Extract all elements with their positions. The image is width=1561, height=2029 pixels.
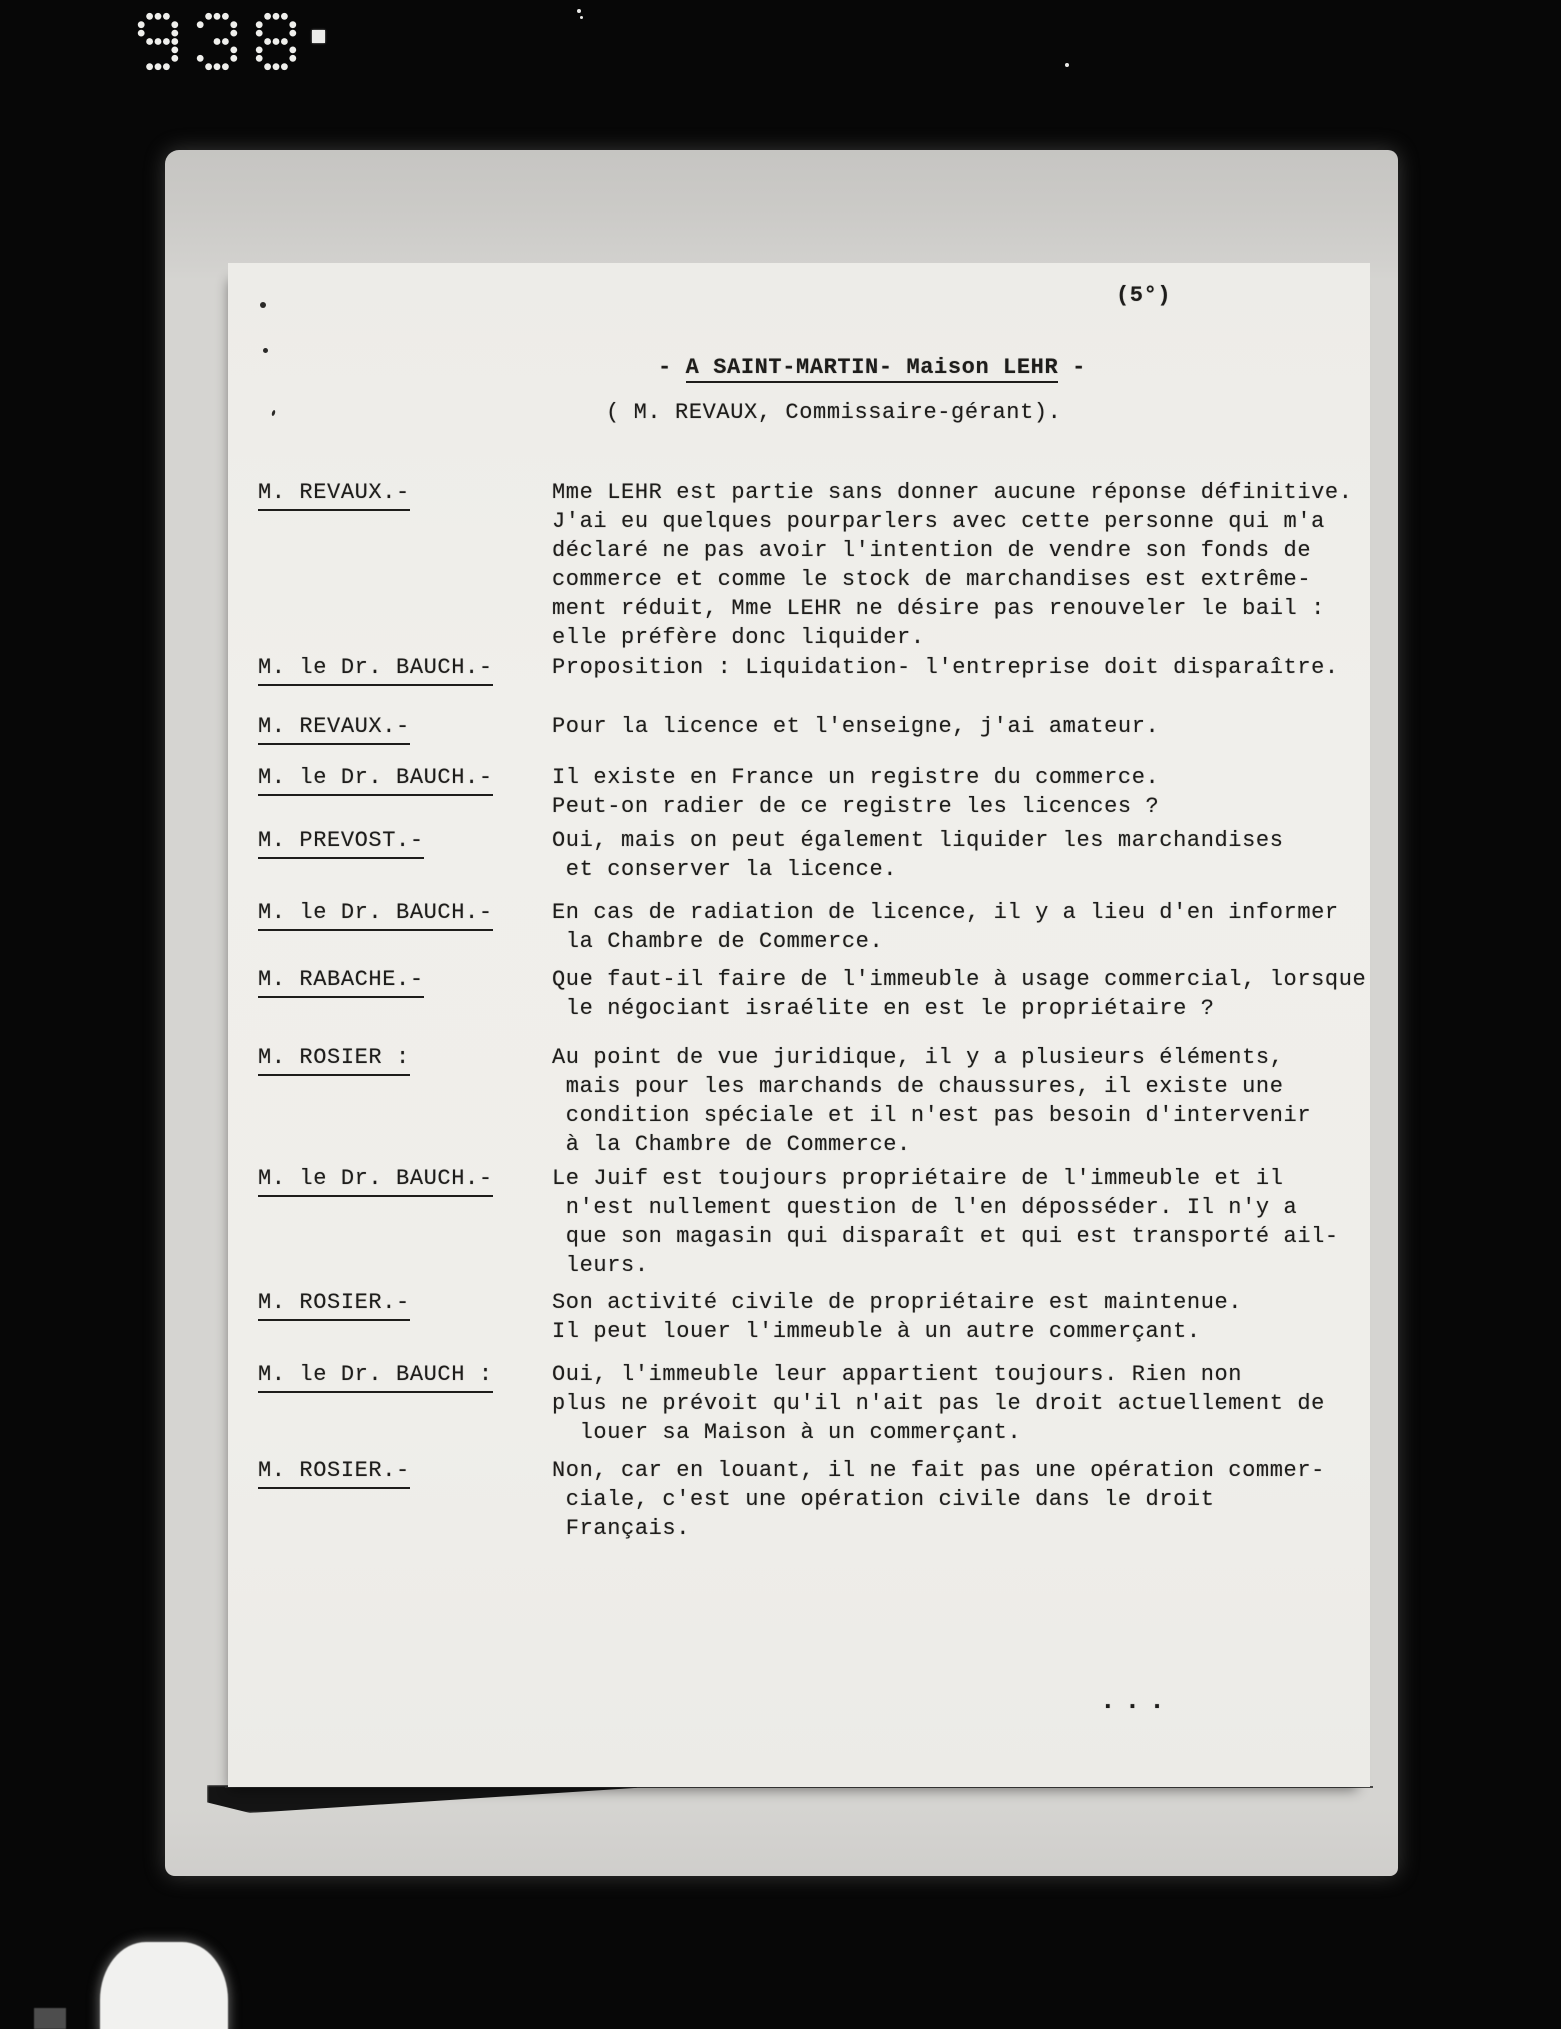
frame-counter-mark [312, 30, 325, 43]
speaker-label: M. PREVOST.- [258, 826, 424, 859]
page-shadow [207, 1785, 637, 1813]
microfilm-scan: (5°) - A SAINT-MARTIN- Maison LEHR - ( M… [0, 0, 1561, 2029]
frame-counter-digits [137, 12, 297, 76]
film-speck [580, 16, 583, 19]
speaker-label: M. ROSIER.- [258, 1456, 410, 1489]
speaker-label: M. ROSIER : [258, 1043, 410, 1076]
film-speck [577, 9, 581, 13]
end-ellipsis: ... [1100, 1687, 1174, 1716]
speaker-label: M. REVAUX.- [258, 712, 410, 745]
speaker-label: M. le Dr. BAUCH.- [258, 763, 493, 796]
ink-speck [263, 348, 268, 353]
scan-backing-sheet: (5°) - A SAINT-MARTIN- Maison LEHR - ( M… [165, 150, 1398, 1876]
speaker-label: M. ROSIER.- [258, 1288, 410, 1321]
scanner-artifact-blob [100, 1942, 228, 2029]
speech-text: Son activité civile de propriétaire est … [552, 1288, 1242, 1346]
document-page: (5°) - A SAINT-MARTIN- Maison LEHR - ( M… [228, 263, 1370, 1787]
speaker-label: M. le Dr. BAUCH.- [258, 898, 493, 931]
ink-speck [271, 410, 276, 417]
document-subtitle: ( M. REVAUX, Commissaire-gérant). [606, 398, 1061, 427]
speaker-label: M. le Dr. BAUCH.- [258, 1164, 493, 1197]
page-number: (5°) [1116, 281, 1171, 310]
speech-text: Oui, mais on peut également liquider les… [552, 826, 1284, 884]
film-speck [1065, 63, 1069, 67]
speech-text: Que faut-il faire de l'immeuble à usage … [552, 965, 1366, 1023]
speech-text: Oui, l'immeuble leur appartient toujours… [552, 1360, 1325, 1447]
title-prefix: - [658, 355, 686, 380]
document-title: - A SAINT-MARTIN- Maison LEHR - [658, 353, 1086, 382]
speech-text: Il existe en France un registre du comme… [552, 763, 1159, 821]
speaker-label: M. RABACHE.- [258, 965, 424, 998]
ink-speck [260, 302, 266, 308]
speech-text: Non, car en louant, il ne fait pas une o… [552, 1456, 1325, 1543]
speech-text: En cas de radiation de licence, il y a l… [552, 898, 1339, 956]
speech-text: Mme LEHR est partie sans donner aucune r… [552, 478, 1353, 652]
title-suffix: - [1058, 355, 1086, 380]
speaker-label: M. REVAUX.- [258, 478, 410, 511]
speaker-label: M. le Dr. BAUCH : [258, 1360, 493, 1393]
speech-text: Au point de vue juridique, il y a plusie… [552, 1043, 1311, 1159]
speech-text: Proposition : Liquidation- l'entreprise … [552, 653, 1339, 682]
speech-text: Le Juif est toujours propriétaire de l'i… [552, 1164, 1339, 1280]
speech-text: Pour la licence et l'enseigne, j'ai amat… [552, 712, 1159, 741]
speaker-label: M. le Dr. BAUCH.- [258, 653, 493, 686]
title-main: A SAINT-MARTIN- Maison LEHR [686, 355, 1059, 383]
scanner-artifact-square [34, 2008, 66, 2029]
